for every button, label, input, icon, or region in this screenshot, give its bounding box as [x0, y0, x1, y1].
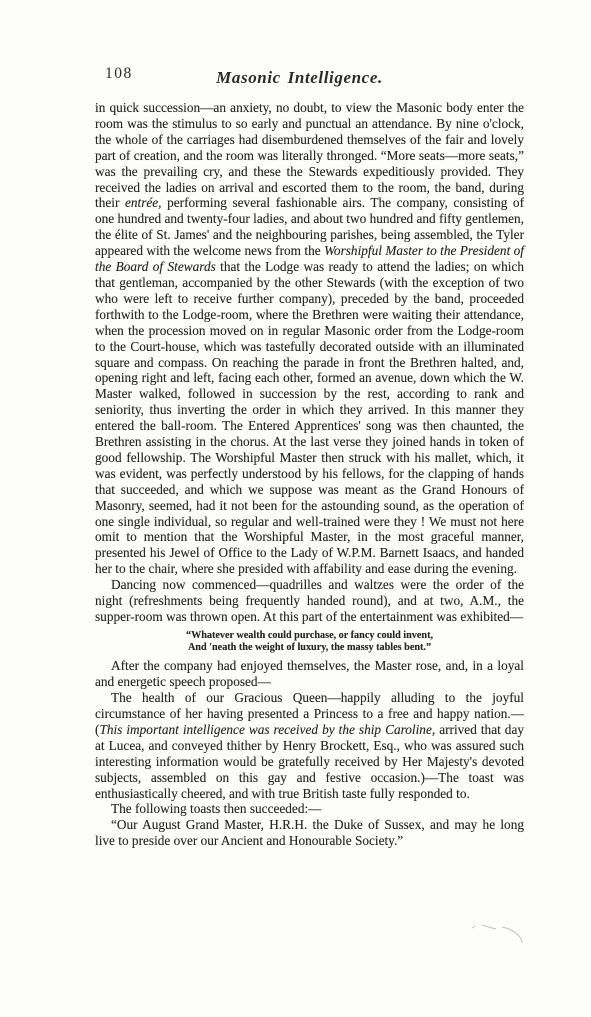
scanned-document-page: 108 Masonic Intelligence. in quick succe… — [0, 0, 591, 1017]
scan-artifact-mark — [468, 922, 538, 952]
verse-line: “Whatever wealth could purchase, or fanc… — [95, 630, 524, 642]
verse-line: And 'neath the weight of luxury, the mas… — [95, 642, 524, 654]
paragraph: in quick succession—an anxiety, no doubt… — [95, 100, 524, 577]
paragraph: After the company had enjoyed themselves… — [95, 658, 524, 690]
page-body: in quick succession—an anxiety, no doubt… — [95, 100, 524, 849]
paragraph: The following toasts then succeeded:— — [95, 801, 524, 817]
text-segment: This important intelligence was received… — [99, 722, 435, 737]
text-segment: entrée, — [125, 195, 162, 210]
text-segment: After the company had enjoyed themselves… — [95, 658, 524, 689]
text-segment: that the Lodge was ready to attend the l… — [95, 259, 524, 576]
running-title: Masonic Intelligence. — [95, 68, 504, 88]
verse: “Whatever wealth could purchase, or fanc… — [95, 630, 524, 654]
paragraph: “Our August Grand Master, H.R.H. the Duk… — [95, 817, 524, 849]
text-segment: “Our August Grand Master, H.R.H. the Duk… — [95, 817, 524, 848]
paragraph: Dancing now commenced—quadrilles and wal… — [95, 577, 524, 625]
text-segment: in quick succession—an anxiety, no doubt… — [95, 100, 524, 210]
text-segment: Dancing now commenced—quadrilles and wal… — [95, 577, 524, 624]
paragraph: The health of our Gracious Queen—happily… — [95, 690, 524, 801]
page-header: 108 Masonic Intelligence. — [95, 62, 524, 92]
text-segment: The following toasts then succeeded:— — [111, 801, 321, 816]
